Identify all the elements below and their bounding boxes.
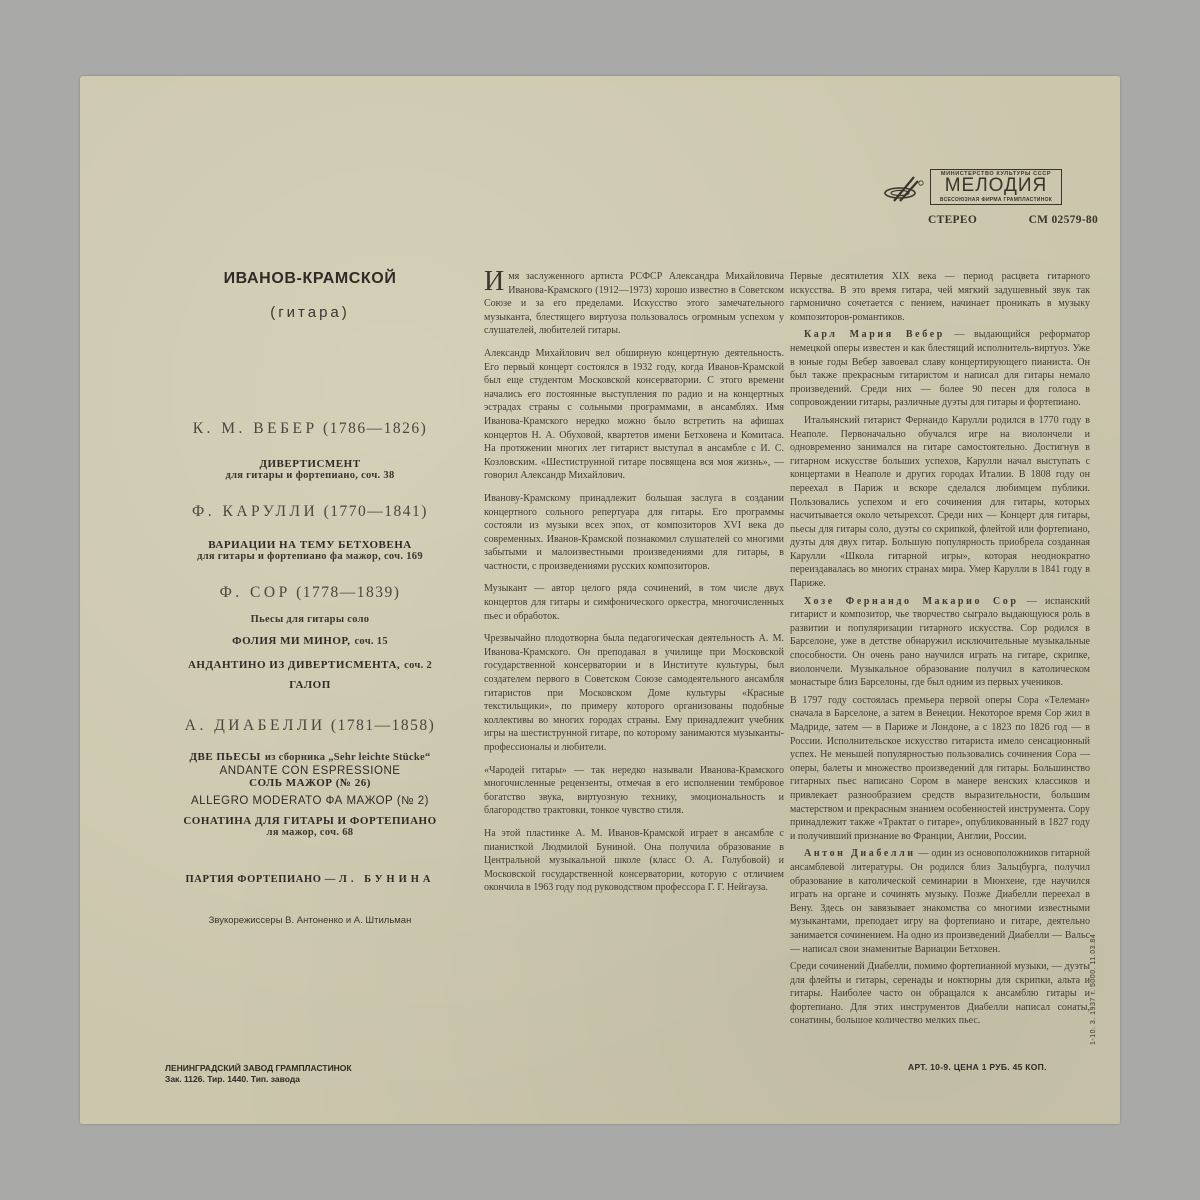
work-title: ANDANTE CON ESPRESSIONE	[150, 765, 470, 777]
composer-heading: Ф. КАРУЛЛИ (1770—1841)	[150, 503, 470, 521]
liner-notes-right: Первые десятилетия XIX века — период рас…	[790, 270, 1090, 1032]
instrument-label: (гитара)	[150, 304, 470, 321]
paragraph: Имя заслуженного артиста РСФСР Александр…	[484, 270, 784, 338]
work-title: ВАРИАЦИИ НА ТЕМУ БЕТХОВЕНА	[150, 539, 470, 551]
logo-subtitle: ВСЕСОЮЗНАЯ ФИРМА ГРАМПЛАСТИНОК	[931, 197, 1061, 203]
liner-notes-middle: Имя заслуженного артиста РСФСР Александр…	[484, 270, 784, 904]
logo-wordmark: МИНИСТЕРСТВО КУЛЬТУРЫ СССР МЕЛОДИЯ ВСЕСО…	[930, 169, 1062, 205]
drop-cap: И	[484, 270, 504, 294]
work-subtitle: для гитары и фортепиано фа мажор, соч. 1…	[150, 551, 470, 562]
catalog-line: СТЕРЕО СМ 02579-80	[928, 214, 1098, 226]
work-title: СОЛЬ МАЖОР (№ 26)	[150, 777, 470, 789]
work-title: ГАЛОП	[150, 679, 470, 691]
sound-engineers-credit: Звукорежиссеры В. Антоненко и А. Штильма…	[150, 915, 470, 926]
melodiya-logo: МИНИСТЕРСТВО КУЛЬТУРЫ СССР МЕЛОДИЯ ВСЕСО…	[884, 169, 1064, 207]
work-title: ДИВЕРТИСМЕНТ	[150, 458, 470, 470]
paragraph: Александр Михайлович вел обширную концер…	[484, 347, 784, 483]
print-order: Зак. 1126. Тир. 1440. Тип. завода	[165, 1074, 352, 1085]
price-line: АРТ. 10-9. ЦЕНА 1 РУБ. 45 КОП.	[908, 1062, 1047, 1072]
work-subtitle: ля мажор, соч. 68	[150, 827, 470, 838]
manufacturer-imprint: ЛЕНИНГРАДСКИЙ ЗАВОД ГРАМПЛАСТИНОК Зак. 1…	[165, 1063, 352, 1085]
paragraph: Среди сочинений Диабелли, помимо фортепи…	[790, 960, 1090, 1028]
paragraph: Иванову-Крамскому принадлежит большая за…	[484, 492, 784, 574]
composer-heading: А. ДИАБЕЛЛИ (1781—1858)	[150, 717, 470, 735]
work-title: ФОЛИЯ МИ МИНОР, соч. 15	[150, 631, 470, 649]
paragraph: Антон Диабелли — один из основоположнико…	[790, 847, 1090, 956]
paragraph: Музыкант — автор целого ряда сочинений, …	[484, 582, 784, 623]
catalog-number: СМ 02579-80	[1029, 214, 1098, 226]
plant-name: ЛЕНИНГРАДСКИЙ ЗАВОД ГРАМПЛАСТИНОК	[165, 1063, 352, 1074]
paragraph: Чрезвычайно плодотворна была педагогичес…	[484, 632, 784, 754]
paragraph: Итальянский гитарист Фернандо Карулли ро…	[790, 414, 1090, 591]
print-code-vertical: 1-10. 3. 1937 т. 5000. 11.03.84	[1090, 934, 1097, 1045]
work-intro: Пьесы для гитары соло	[150, 614, 470, 625]
paragraph: Карл Мария Вебер — выдающийся реформатор…	[790, 328, 1090, 410]
paragraph: Первые десятилетия XIX века — период рас…	[790, 270, 1090, 324]
format-label: СТЕРЕО	[928, 214, 977, 226]
composer-heading: Ф. СОР (1778—1839)	[150, 584, 470, 602]
piano-credit: ПАРТИЯ ФОРТЕПИАНО — Л. БУНИНА	[150, 874, 470, 885]
logo-brand: МЕЛОДИЯ	[931, 176, 1061, 196]
work-title: АНДАНТИНО ИЗ ДИВЕРТИСМЕНТА, соч. 2	[150, 655, 470, 673]
work-title: ДВЕ ПЬЕСЫ из сборника „Sehr leichte Stüc…	[150, 747, 470, 765]
paragraph: Хозе Фернандо Макарио Сор — испанский ги…	[790, 595, 1090, 690]
artist-name: ИВАНОВ-КРАМСКОЙ	[150, 270, 470, 288]
composer-heading: К. М. ВЕБЕР (1786—1826)	[150, 420, 470, 438]
work-title: СОНАТИНА ДЛЯ ГИТАРЫ И ФОРТЕПИАНО	[150, 815, 470, 827]
work-title: ALLEGRO MODERATO ФА МАЖОР (№ 2)	[150, 795, 470, 807]
paragraph: В 1797 году состоялась премьера первой о…	[790, 694, 1090, 844]
program-listing: ИВАНОВ-КРАМСКОЙ (гитара) К. М. ВЕБЕР (17…	[150, 270, 470, 926]
melodiya-emblem-icon	[884, 175, 924, 203]
paragraph: «Чародей гитары» — так нередко называли …	[484, 764, 784, 818]
paragraph: На этой пластинке А. М. Иванов-Крамской …	[484, 827, 784, 895]
work-subtitle: для гитары и фортепиано, соч. 38	[150, 470, 470, 481]
